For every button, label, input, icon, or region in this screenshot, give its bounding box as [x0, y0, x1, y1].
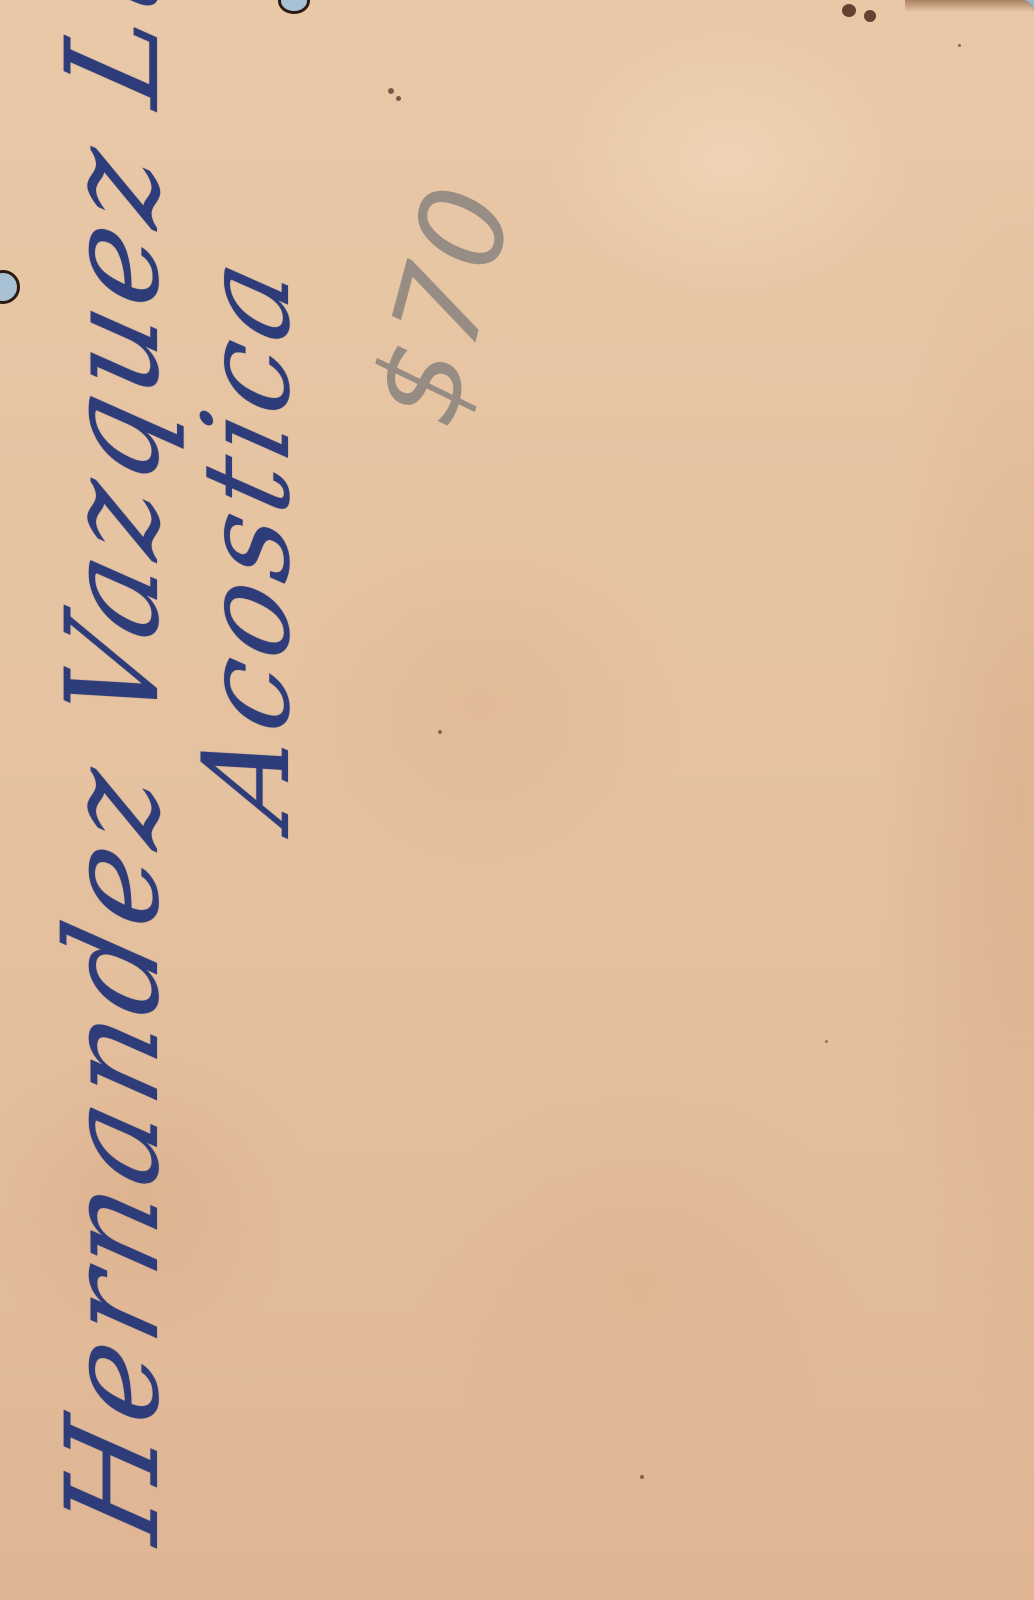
punch-hole-left: [0, 270, 20, 304]
foxing-spot: [396, 96, 401, 101]
foxing-spot: [825, 1040, 828, 1043]
punch-hole-top: [278, 0, 310, 14]
foxing-spot: [640, 1475, 644, 1479]
foxing-spot: [438, 730, 442, 734]
handwritten-name-line-1: Hernandez Vazquez Luque y: [50, 0, 178, 1552]
edge-stain: [905, 0, 1034, 12]
handwritten-name-line-2: Acostica: [188, 244, 308, 835]
pencil-price-note: $70: [355, 172, 533, 436]
ink-stain: [864, 10, 876, 22]
photo-card-back: Hernandez Vazquez Luque y Acostica $70: [0, 0, 1034, 1600]
foxing-spot: [388, 88, 394, 94]
foxing-spot: [958, 44, 961, 47]
ink-stain: [842, 4, 856, 17]
